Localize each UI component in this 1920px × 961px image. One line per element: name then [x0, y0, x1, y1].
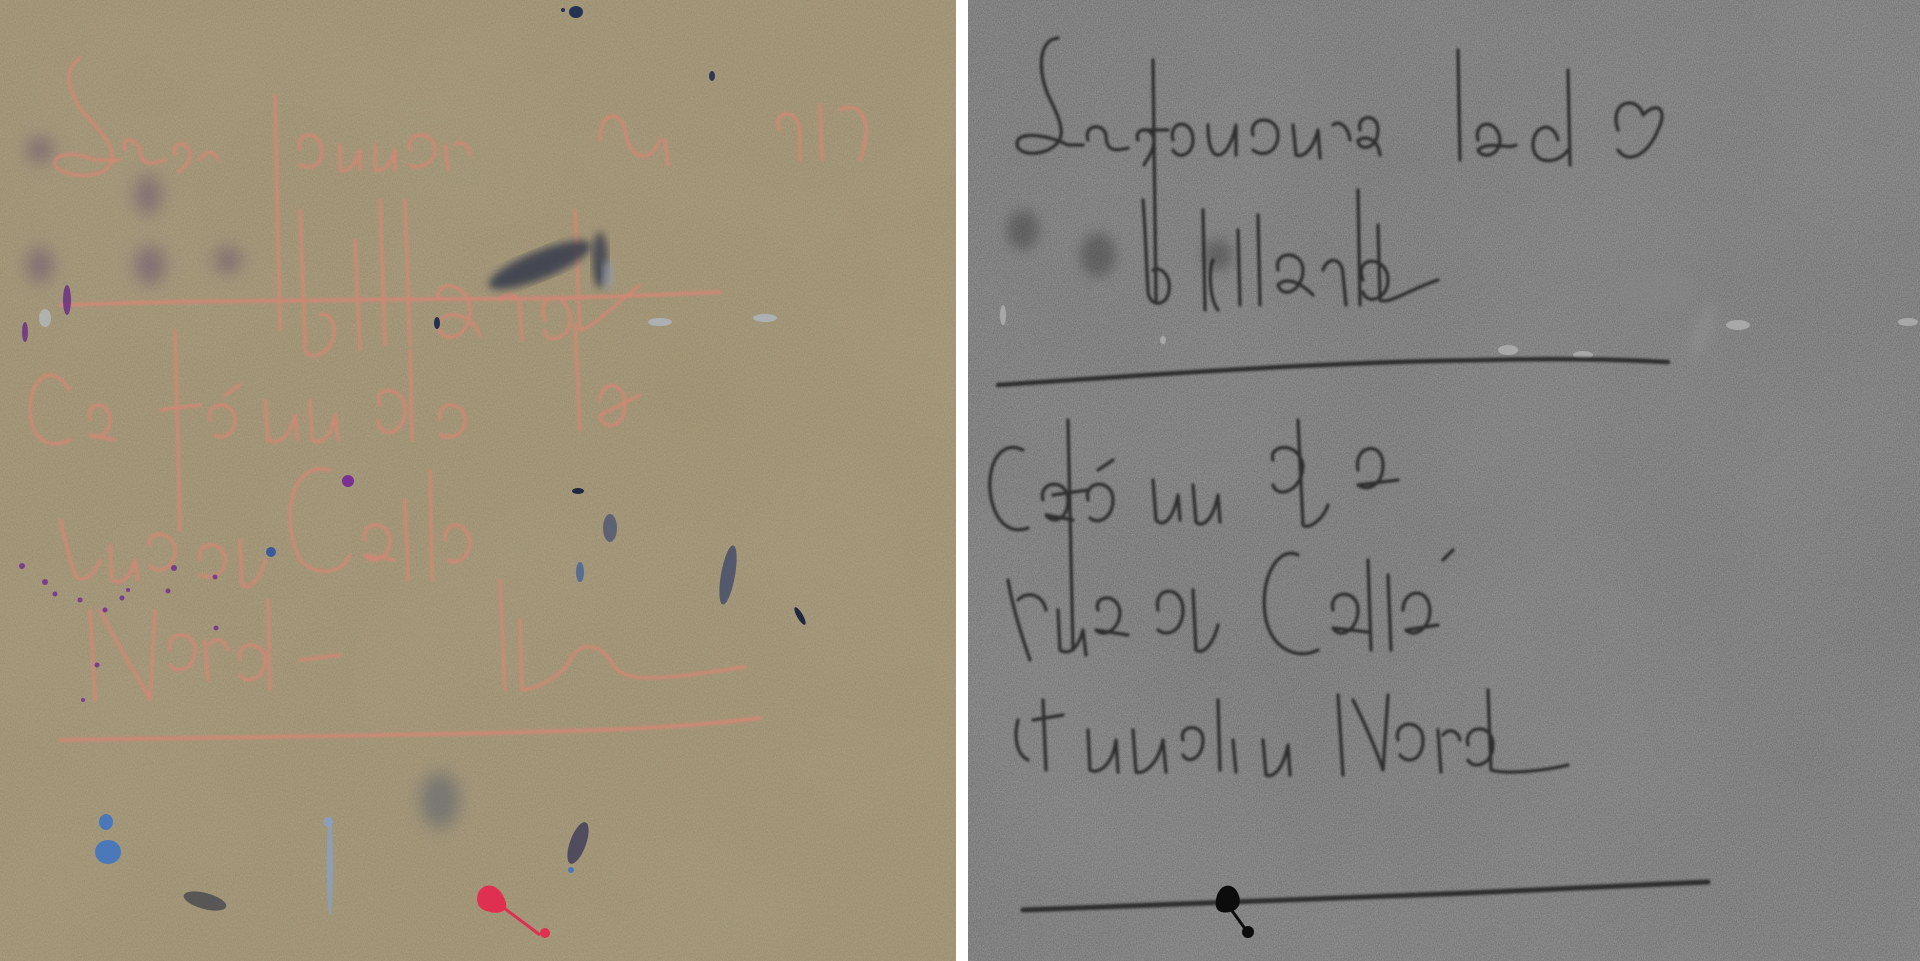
- canvas-texture-infrared: [968, 0, 1920, 961]
- visible-light-photo-panel: visible-light photograph of canvas rever…: [0, 0, 956, 961]
- canvas-texture-visible: [0, 0, 956, 961]
- infrared-reflectogram-panel: infrared / grayscale reflectogram of can…: [968, 0, 1920, 961]
